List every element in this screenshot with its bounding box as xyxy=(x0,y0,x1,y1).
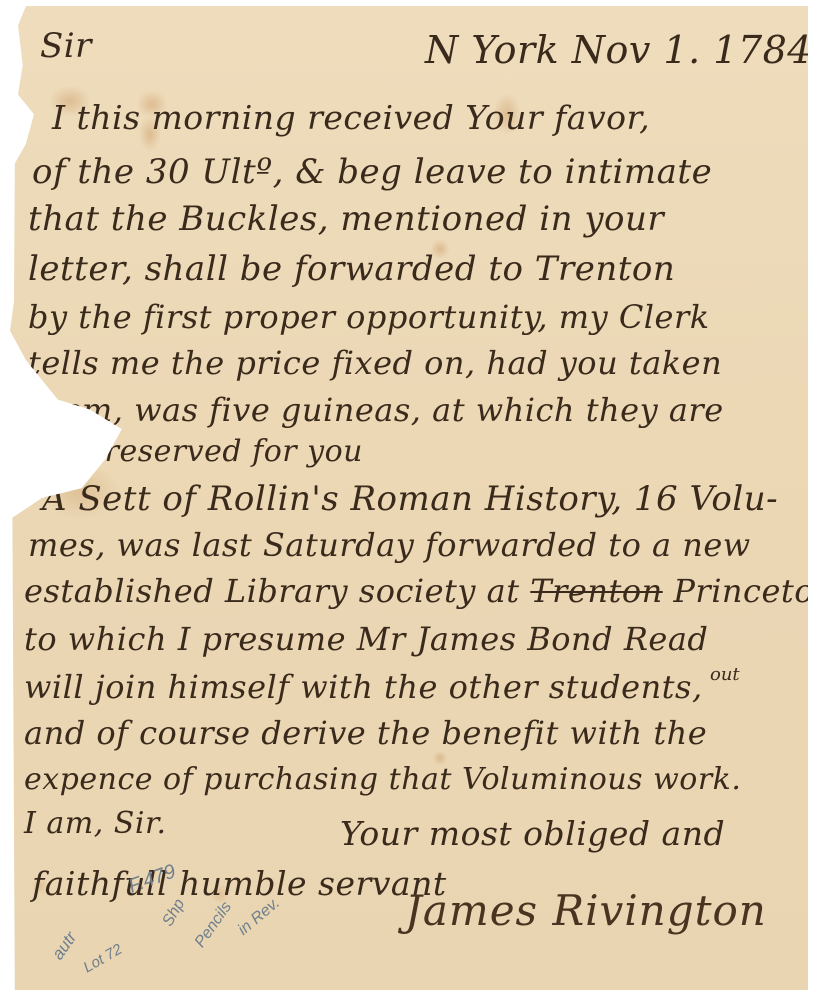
body-line-14: and of course derive the benefit with th… xyxy=(24,714,707,752)
body-line-14-text: and of course derive the benefit with xyxy=(24,714,643,752)
salutation: Sir xyxy=(40,26,92,66)
body-line-4: letter, shall be forwarded to Trenton xyxy=(28,249,675,289)
closing-line-1: Your most obliged and xyxy=(340,814,725,853)
body-line-9: A Sett of Rollin's Roman History, 16 Vol… xyxy=(42,479,778,519)
replacement-word: Princeton, xyxy=(673,572,816,610)
letter-paper: Sir N York Nov 1. 1784. I this morning r… xyxy=(10,6,808,990)
body-line-15: expence of purchasing that Voluminous wo… xyxy=(24,762,741,797)
body-line-11-text: established Library society at xyxy=(24,572,520,610)
body-line-1: I this morning received Your favor, xyxy=(52,98,650,137)
body-line-2: of the 30 Ultº, & beg leave to intimate xyxy=(32,152,712,192)
body-line-16: I am, Sir. xyxy=(24,806,167,841)
body-line-7: them, was five guineas, at which they ar… xyxy=(28,391,724,429)
pencil-note-pencils: Pencils xyxy=(192,899,236,952)
pencil-note-lot: Lot 72 xyxy=(81,941,126,977)
inserted-word: out xyxy=(710,664,740,685)
struck-word: Trenton xyxy=(530,572,662,610)
body-line-8: now reserved for you xyxy=(30,434,363,469)
document-viewer: Sir N York Nov 1. 1784. I this morning r… xyxy=(0,0,816,1000)
body-line-5: by the first proper opportunity, my Cler… xyxy=(28,298,710,336)
pencil-note-autr: autr xyxy=(48,928,81,963)
body-line-6: tells me the price fixed on, had you tak… xyxy=(28,344,722,382)
body-line-13: will join himself with the other student… xyxy=(24,668,703,706)
body-line-14-tail: the xyxy=(653,714,707,752)
signature: James Rivington xyxy=(405,886,767,935)
body-line-3: that the Buckles, mentioned in your xyxy=(28,199,664,239)
body-line-11: established Library society at Trenton P… xyxy=(24,572,816,610)
dateline: N York Nov 1. 1784. xyxy=(425,28,816,72)
body-line-12: to which I presume Mr James Bond Read xyxy=(24,620,708,658)
body-line-10: mes, was last Saturday forwarded to a ne… xyxy=(28,526,751,564)
closing-line-2: faithfull humble servant xyxy=(32,864,447,903)
